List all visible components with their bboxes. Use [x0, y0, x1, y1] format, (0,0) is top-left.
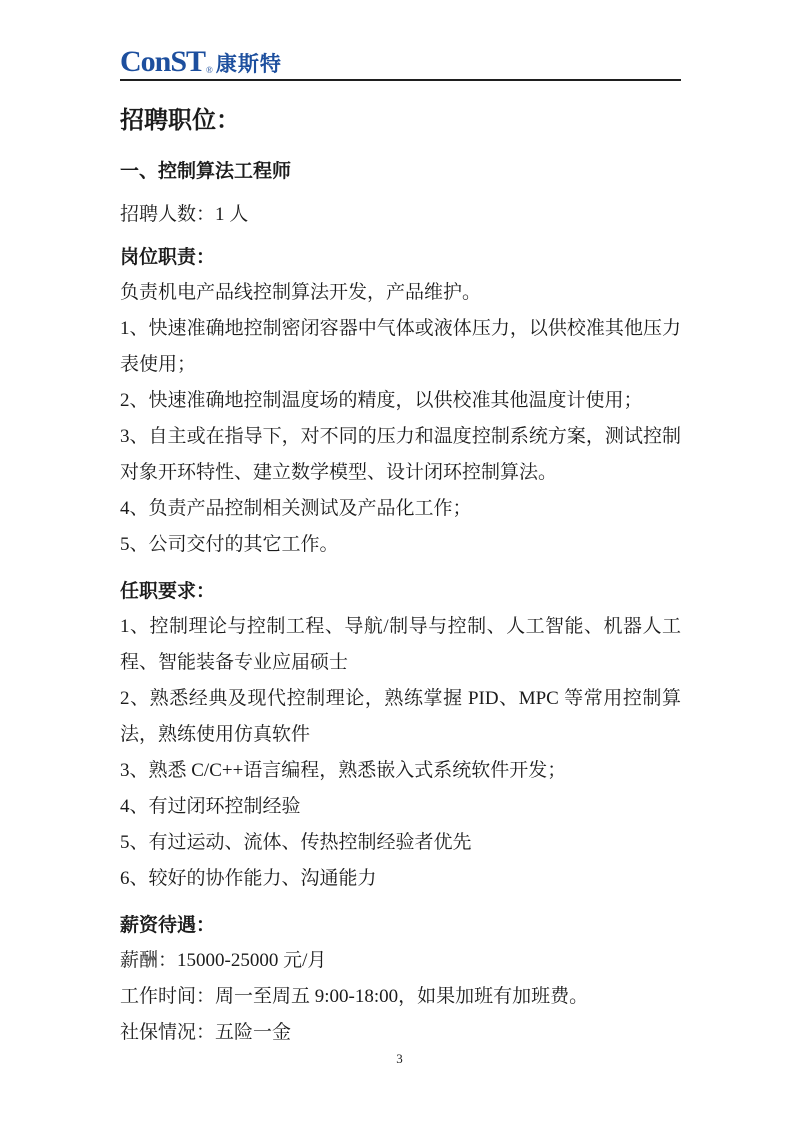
requirement-item-3: 3、熟悉 C/C++语言编程，熟悉嵌入式系统软件开发； — [120, 753, 681, 789]
salary-body: 薪酬：15000-25000 元/月 工作时间：周一至周五 9:00-18:00… — [120, 943, 681, 1051]
duty-item-2: 2、快速准确地控制温度场的精度，以供校准其他温度计使用； — [120, 383, 681, 419]
requirement-item-4: 4、有过闭环控制经验 — [120, 789, 681, 825]
section-requirements: 任职要求： 1、控制理论与控制工程、导航/制导与控制、人工智能、机器人工程、智能… — [120, 575, 681, 897]
headcount-line: 招聘人数：1 人 — [120, 201, 681, 229]
page-title: 招聘职位： — [120, 105, 681, 137]
requirement-item-5: 5、有过运动、流体、传热控制经验者优先 — [120, 825, 681, 861]
duty-item-4: 4、负责产品控制相关测试及产品化工作； — [120, 491, 681, 527]
duty-item-1: 1、快速准确地控制密闭容器中气体或液体压力，以供校准其他压力表使用； — [120, 311, 681, 383]
logo-chinese-name: 康斯特 — [216, 53, 282, 76]
requirement-item-2: 2、熟悉经典及现代控制理论，熟练掌握 PID、MPC 等常用控制算法，熟练使用仿… — [120, 681, 681, 753]
requirements-heading: 任职要求： — [120, 575, 681, 609]
page-header: ConST ® 康斯特 — [120, 48, 681, 81]
company-logo: ConST ® 康斯特 — [120, 48, 681, 76]
social-insurance-line: 社保情况：五险一金 — [120, 1015, 681, 1051]
position-heading: 一、控制算法工程师 — [120, 159, 681, 185]
logo-const-wordmark: ConST — [120, 48, 205, 76]
registered-trademark-icon: ® — [206, 66, 213, 75]
salary-line: 薪酬：15000-25000 元/月 — [120, 943, 681, 979]
requirement-item-1: 1、控制理论与控制工程、导航/制导与控制、人工智能、机器人工程、智能装备专业应届… — [120, 609, 681, 681]
requirement-item-6: 6、较好的协作能力、沟通能力 — [120, 861, 681, 897]
work-hours-line: 工作时间：周一至周五 9:00-18:00，如果加班有加班费。 — [120, 979, 681, 1015]
duty-intro-line: 负责机电产品线控制算法开发，产品维护。 — [120, 275, 681, 311]
job-duties-heading: 岗位职责： — [120, 241, 681, 275]
header-divider — [120, 79, 681, 81]
duty-item-3: 3、自主或在指导下，对不同的压力和温度控制系统方案，测试控制对象开环特性、建立数… — [120, 419, 681, 491]
job-duties-body: 负责机电产品线控制算法开发，产品维护。 1、快速准确地控制密闭容器中气体或液体压… — [120, 275, 681, 563]
section-job-duties: 岗位职责： 负责机电产品线控制算法开发，产品维护。 1、快速准确地控制密闭容器中… — [120, 241, 681, 563]
salary-heading: 薪资待遇： — [120, 909, 681, 943]
document-page: ConST ® 康斯特 招聘职位： 一、控制算法工程师 招聘人数：1 人 岗位职… — [0, 0, 799, 1131]
document-body: 招聘职位： 一、控制算法工程师 招聘人数：1 人 岗位职责： 负责机电产品线控制… — [120, 105, 681, 1051]
requirements-body: 1、控制理论与控制工程、导航/制导与控制、人工智能、机器人工程、智能装备专业应届… — [120, 609, 681, 897]
section-salary: 薪资待遇： 薪酬：15000-25000 元/月 工作时间：周一至周五 9:00… — [120, 909, 681, 1051]
duty-item-5: 5、公司交付的其它工作。 — [120, 527, 681, 563]
page-number: 3 — [0, 1051, 799, 1067]
